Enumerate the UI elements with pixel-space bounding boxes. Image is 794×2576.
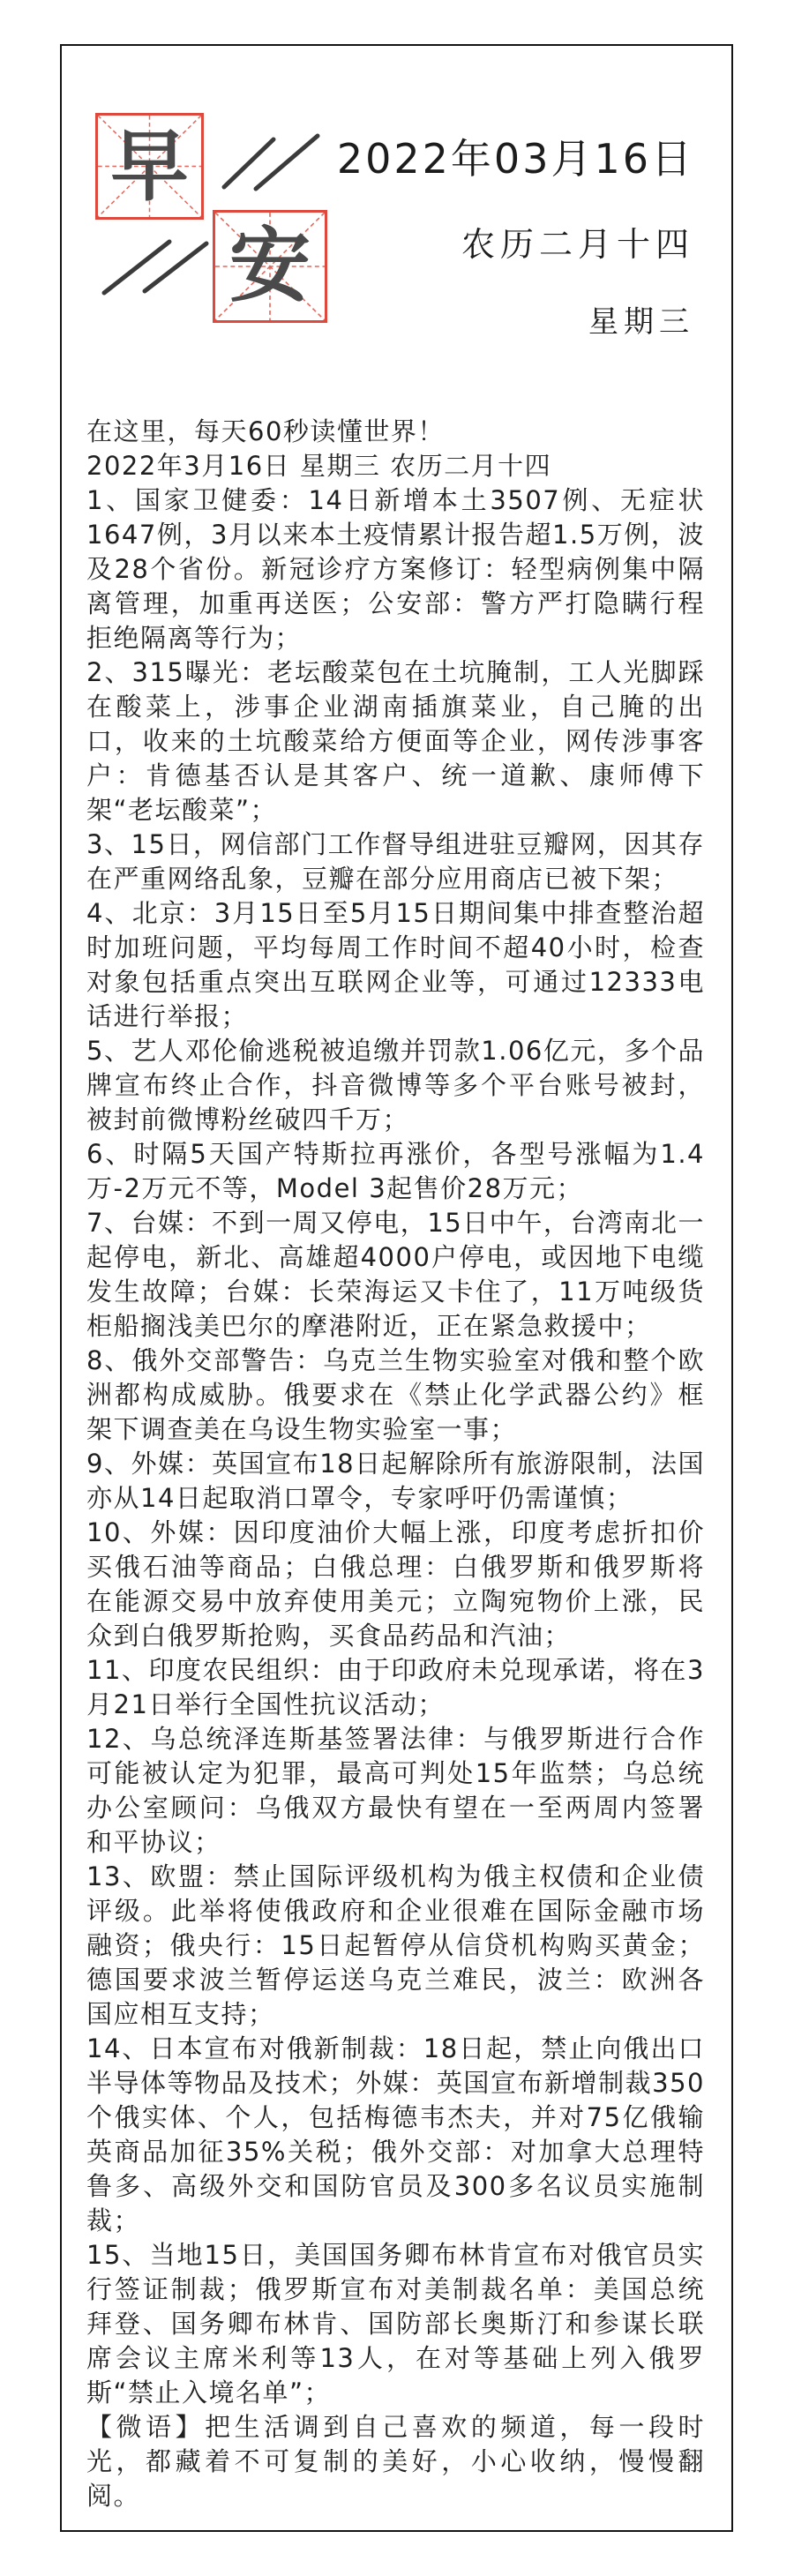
news-item: 3、15日，网信部门工作督导组进驻豆瓣网，因其存在严重网络乱象，豆瓣在部分应用商… — [86, 827, 705, 896]
zao-character: 早 — [110, 128, 188, 206]
date-block: 2022年03月16日 农历二月十四 星期三 — [337, 127, 694, 341]
news-item: 5、艺人邓伦偷逃税被追缴并罚款1.06亿元，多个品牌宣布终止合作，抖音微博等多个… — [86, 1034, 705, 1137]
news-item: 14、日本宣布对俄新制裁：18日起，禁止向俄出口半导体等物品及技术；外媒：英国宣… — [86, 2032, 705, 2238]
double-slash-icon — [219, 132, 328, 194]
news-content: 在这里，每天60秒读懂世界！ 2022年3月16日 星期三 农历二月十四 1、国… — [86, 415, 705, 2513]
news-item: 11、印度农民组织：由于印政府未兑现承诺，将在3月21日举行全国性抗议活动； — [86, 1653, 705, 1722]
news-item: 10、外媒：因印度油价大幅上涨，印度考虑折扣价买俄石油等商品；白俄总理：白俄罗斯… — [86, 1516, 705, 1653]
news-item: 1、国家卫健委：14日新增本土3507例、无症状1647例，3月以来本土疫情累计… — [86, 483, 705, 655]
news-card: 早 安 2022年03月16日 农历二月十四 星期三 — [60, 44, 733, 2532]
news-item: 2、315曝光：老坛酸菜包在土坑腌制，工人光脚踩在酸菜上，涉事企业湖南插旗菜业，… — [86, 655, 705, 827]
news-item: 13、欧盟：禁止国际评级机构为俄主权债和企业债评级。此举将使俄政府和企业很难在国… — [86, 1860, 705, 2032]
news-item: 7、台媒：不到一周又停电，15日中午，台湾南北一起停电，新北、高雄超4000户停… — [86, 1206, 705, 1344]
intro-date-line: 2022年3月16日 星期三 农历二月十四 — [86, 449, 705, 483]
news-item: 4、北京：3月15日至5月15日期间集中排查整治超时加班问题，平均每周工作时间不… — [86, 896, 705, 1034]
weiyu-quote: 【微语】把生活调到自己喜欢的频道，每一段时光，都藏着不可复制的美好，小心收纳，慢… — [86, 2410, 705, 2513]
tagline: 在这里，每天60秒读懂世界！ — [86, 415, 705, 449]
news-item: 8、俄外交部警告：乌克兰生物实验室对俄和整个欧洲都构成威胁。俄要求在《禁止化学武… — [86, 1344, 705, 1447]
an-character-box: 安 — [213, 210, 327, 323]
lunar-date: 农历二月十四 — [337, 217, 694, 266]
news-item: 15、当地15日，美国国务卿布林肯宣布对俄官员实行签证制裁；俄罗斯宣布对美制裁名… — [86, 2238, 705, 2410]
news-item: 12、乌总统泽连斯基签署法律：与俄罗斯进行合作可能被认定为犯罪，最高可判处15年… — [86, 1722, 705, 1860]
an-character: 安 — [229, 226, 311, 307]
weekday: 星期三 — [337, 297, 694, 341]
news-item: 6、时隔5天国产特斯拉再涨价，各型号涨幅为1.4万-2万元不等，Model 3起… — [86, 1137, 705, 1206]
gregorian-date: 2022年03月16日 — [337, 127, 694, 185]
news-item: 9、外媒：英国宣布18日起解除所有旅游限制，法国亦从14日起取消口罩令，专家呼吁… — [86, 1447, 705, 1516]
double-slash-icon — [99, 235, 217, 300]
zao-character-box: 早 — [95, 113, 204, 220]
